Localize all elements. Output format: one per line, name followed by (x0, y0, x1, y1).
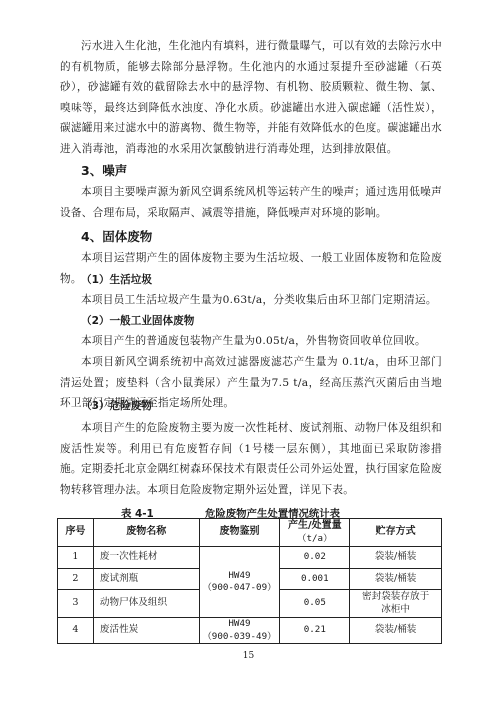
header-waste-code: 废物鉴别 (199, 519, 280, 547)
cell-no: 4 (58, 618, 94, 644)
paragraph-noise: 本项目主要噪声源为新风空调系统风机等运转产生的噪声；通过选用低噪声设备、合理布局… (60, 182, 442, 223)
table-row: 1 废一次性耗材 HW49 （900-047-09） 0.02 袋装/桶装 (58, 547, 442, 569)
header-amount-unit: （t/a） (280, 533, 349, 546)
code-line2: （900-039-49） (200, 631, 280, 644)
cell-name: 废活性炭 (93, 618, 199, 644)
cell-no: 3 (58, 590, 94, 618)
cell-storage: 袋装/桶装 (350, 547, 442, 569)
table-header-row: 序号 废物名称 废物鉴别 产生/处置量 （t/a） 贮存方式 (58, 519, 442, 547)
header-amount-label: 产生/处置量 (280, 520, 349, 533)
code-line2: （900-047-09） (200, 582, 280, 595)
cell-amount: 0.001 (280, 569, 350, 590)
cell-storage: 袋装/桶装 (350, 618, 442, 644)
cell-no: 2 (58, 569, 94, 590)
cell-no: 1 (58, 547, 94, 569)
header-amount: 产生/处置量 （t/a） (280, 519, 350, 547)
cell-amount: 0.02 (280, 547, 350, 569)
heading-domestic-garbage: （1）生活垃圾 (81, 272, 152, 287)
heading-general-industrial-waste: （2）一般工业固体废物 (81, 313, 194, 328)
paragraph-hazardous-disposal: 定期委托北京金隅红树森环保技术有限责任公司外运处置，执行国家危险废物转移管理办法… (60, 459, 442, 500)
page-number: 15 (0, 651, 497, 661)
header-waste-name: 废物名称 (93, 519, 199, 547)
header-storage: 贮存方式 (350, 519, 442, 547)
cell-storage: 密封袋装存放于冰柜中 (350, 590, 442, 618)
hazardous-waste-table: 序号 废物名称 废物鉴别 产生/处置量 （t/a） 贮存方式 1 废一次性耗材 … (57, 518, 442, 644)
cell-name: 废试剂瓶 (93, 569, 199, 590)
cell-storage: 袋装/桶装 (350, 569, 442, 590)
document-page: 污水进入生化池，生化池内有填料，进行微量曝气，可以有效的去除污水中的有机物质，能… (0, 0, 497, 702)
cell-code-merged: HW49 （900-047-09） (199, 547, 280, 618)
cell-name: 动物尸体及组织 (93, 590, 199, 618)
header-no: 序号 (58, 519, 94, 547)
paragraph-wastewater-treatment: 污水进入生化池，生化池内有填料，进行微量曝气，可以有效的去除污水中的有机物质，能… (60, 36, 442, 159)
heading-hazardous-waste: （3）危险废物 (81, 398, 152, 413)
paragraph-packaging-waste: 本项目产生的普通废包装物产生量为0.05t/a，外售物资回收单位回收。 (60, 331, 442, 352)
code-line1: HW49 (200, 570, 280, 583)
cell-name: 废一次性耗材 (93, 547, 199, 569)
cell-amount: 0.05 (280, 590, 350, 618)
table-row: 4 废活性炭 HW49 （900-039-49） 0.21 袋装/桶装 (58, 618, 442, 644)
paragraph-domestic-garbage: 本项目员工生活垃圾产生量为0.63t/a，分类收集后由环卫部门定期清运。 (60, 290, 442, 311)
code-line1: HW49 (200, 618, 280, 631)
cell-code: HW49 （900-039-49） (199, 618, 280, 644)
heading-noise: 3、噪声 (81, 161, 127, 179)
heading-solid-waste: 4、固体废物 (81, 227, 152, 245)
cell-amount: 0.21 (280, 618, 350, 644)
